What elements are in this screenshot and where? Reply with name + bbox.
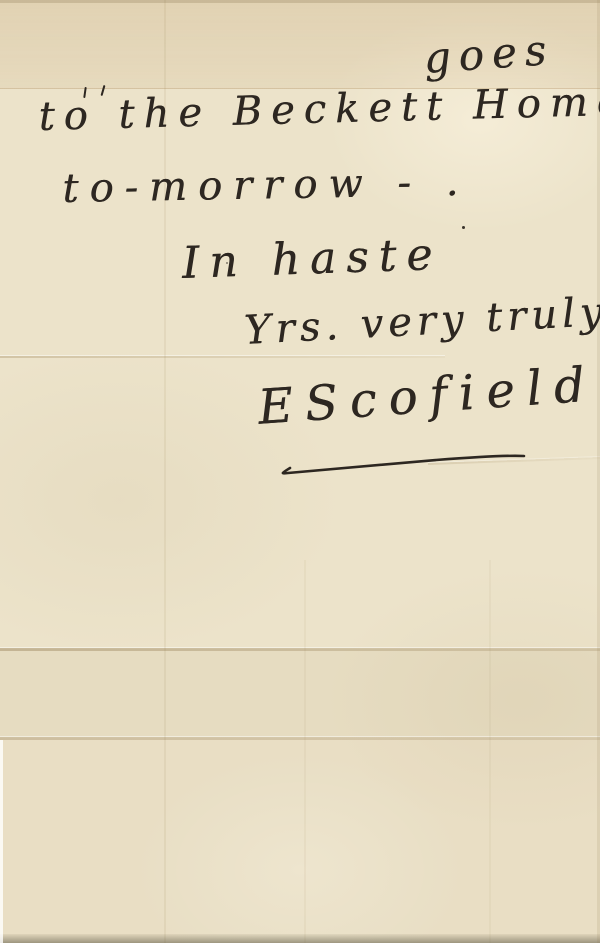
signature-underline-flourish: [276, 448, 532, 478]
paper-bottom-fold-band: [0, 738, 600, 943]
vertical-fold-crease: [489, 560, 491, 943]
horizontal-fold-crease: [0, 648, 600, 651]
paper-edge-left: [0, 740, 3, 943]
paper-mid-fold-band: [0, 649, 600, 737]
letter-line-closing-valediction: Yrs. very truly: [243, 289, 600, 354]
letter-line-closing-in-haste: In haste: [181, 229, 443, 289]
letter-signature: EScofield: [256, 356, 598, 436]
letter-line-body-1: to the Beckett Home: [38, 79, 600, 140]
letter-line-body-2: to-morrow - .: [62, 159, 470, 212]
ink-speck: [226, 262, 228, 264]
paper-edge-top: [0, 0, 600, 3]
vertical-fold-crease: [304, 560, 306, 943]
horizontal-fold-crease: [0, 737, 600, 740]
letter-line-continuation: goes: [422, 25, 556, 83]
ink-speck: [462, 226, 465, 229]
handwritten-letter-page: goes to the Beckett Home to-morrow - . I…: [0, 0, 600, 943]
paper-edge-bottom: [0, 934, 600, 943]
horizontal-fold-crease: [0, 356, 445, 358]
vertical-fold-crease: [164, 0, 166, 943]
